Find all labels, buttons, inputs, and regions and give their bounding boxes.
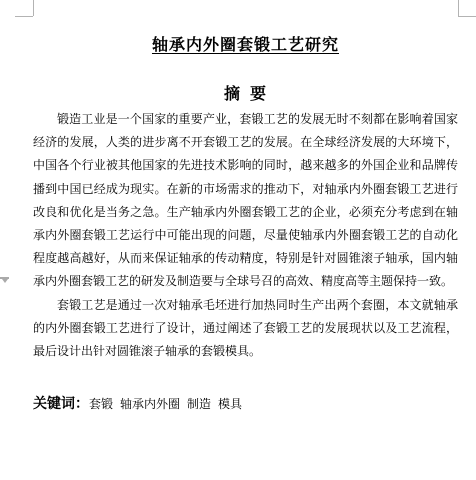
margin-crop-mark-top-right-vertical xyxy=(458,0,459,16)
document-title-text: 轴承内外圈套锻工艺研究 xyxy=(152,37,339,54)
abstract-text-line: 承内外圈套锻工艺的研发及制造要与全球号召的高效、精度高等主题保持一致。 xyxy=(33,270,458,293)
keywords-label: 关键词： xyxy=(33,397,89,412)
margin-crop-mark-top-left-horizontal xyxy=(15,16,33,17)
abstract-text-line: 套锻工艺是通过一次对轴承毛坯进行加热同时生产出两个套圈，本文就轴承 xyxy=(33,294,458,317)
keywords-row: 关键词：套锻 轴承内外圈 制造 模具 xyxy=(33,393,458,413)
keywords-text: 套锻 轴承内外圈 制造 模具 xyxy=(89,397,242,411)
left-margin-marker-triangle xyxy=(2,279,8,283)
abstract-text-line: 承内外圈套锻工艺运行中可能出现的问题，尽量使轴承内外圈套锻工艺的自动化 xyxy=(33,224,458,247)
abstract-text-line: 播到中国已经成为现实。在新的市场需求的推动下，对轴承内外圈套锻工艺进行 xyxy=(33,178,458,201)
margin-crop-mark-top-left-vertical xyxy=(33,0,34,16)
document-title: 轴承内外圈套锻工艺研究 xyxy=(33,32,458,55)
abstract-body: 锻造工业是一个国家的重要产业，套锻工艺的发展无时不刻都在影响着国家 经济的发展，… xyxy=(33,108,458,363)
left-margin-marker-icon xyxy=(0,277,10,283)
abstract-text-line: 经济的发展，人类的进步离不开套锻工艺的发展。在全球经济发展的大环境下， xyxy=(33,131,458,154)
abstract-text-line: 最后设计出针对圆锥滚子轴承的套锻模具。 xyxy=(33,340,458,363)
abstract-text-line: 改良和优化是当务之急。生产轴承内外圈套锻工艺的企业，必须充分考虑到在轴 xyxy=(33,201,458,224)
abstract-text-line: 锻造工业是一个国家的重要产业，套锻工艺的发展无时不刻都在影响着国家 xyxy=(33,108,458,131)
document-page: 轴承内外圈套锻工艺研究 摘 要 锻造工业是一个国家的重要产业，套锻工艺的发展无时… xyxy=(0,0,476,480)
abstract-heading: 摘 要 xyxy=(33,81,458,104)
abstract-text-line: 中国各个行业被其他国家的先进技术影响的同时，越来越多的外国企业和品牌传 xyxy=(33,154,458,177)
abstract-text-line: 的内外圈套锻工艺进行了设计，通过阐述了套锻工艺的发展现状以及工艺流程， xyxy=(33,317,458,340)
abstract-text-line: 程度越高越好，从而来保证轴承的传动精度，特别是针对圆锥滚子轴承，国内轴 xyxy=(33,247,458,270)
margin-crop-mark-top-right-horizontal xyxy=(458,16,476,17)
